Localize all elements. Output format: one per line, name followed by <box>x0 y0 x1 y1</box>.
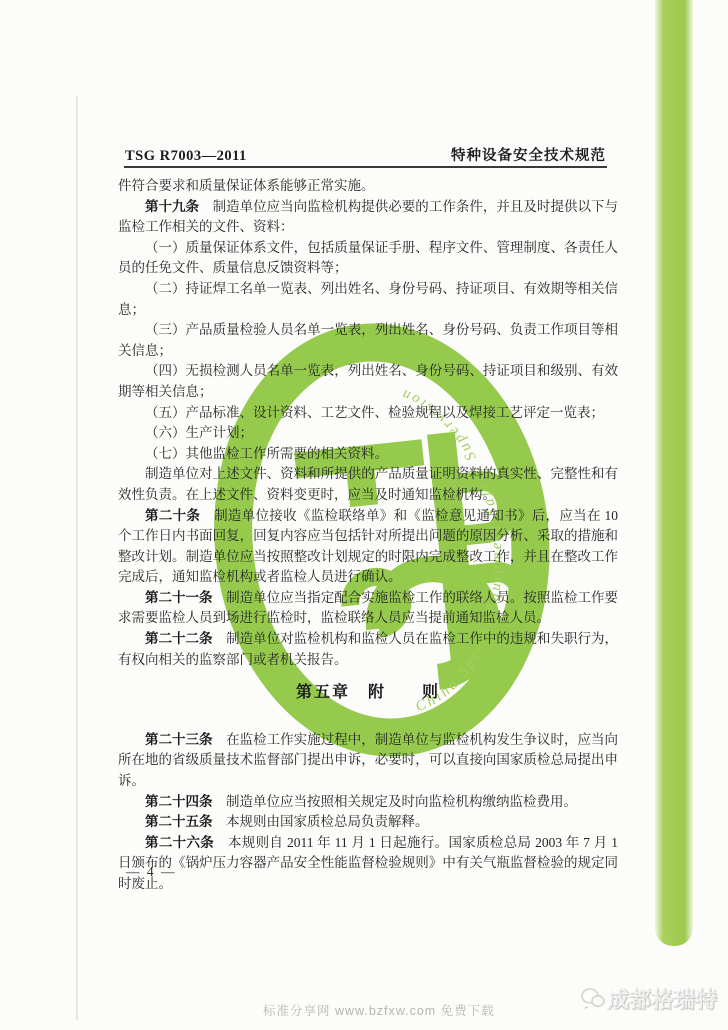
article-number: 第二十二条 <box>145 631 213 646</box>
paragraph-text: （六）生产计划； <box>145 425 253 440</box>
paragraph: （二）持证焊工名单一览表、列出姓名、身份号码、持证项目、有效期等相关信息； <box>118 279 618 320</box>
page-edge-line <box>76 96 78 1020</box>
paragraph: 制造单位对上述文件、资料和所提供的产品质量证明资料的真实性、完整性和有效性负责。… <box>118 464 618 505</box>
article-number: 第二十条 <box>145 508 200 523</box>
article-number: 第十九条 <box>145 199 199 214</box>
paragraph-text: （二）持证焊工名单一览表、列出姓名、身份号码、持证项目、有效期等相关信息； <box>118 281 618 317</box>
paragraph: 第二十四条 制造单位应当按照相关规定及时向监检机构缴纳监检费用。 <box>118 792 618 813</box>
paragraph-text: 本规则由国家质检总局负责解释。 <box>226 814 429 829</box>
paragraph: 第二十一条 制造单位应当指定配合实施监检工作的联络人员。按照监检工作要求需要监检… <box>118 588 618 629</box>
wechat-icon <box>580 986 606 1010</box>
header-rule <box>124 166 607 168</box>
chapter-heading: 第五章 附 则 <box>118 683 618 704</box>
paragraph-text: 制造单位对上述文件、资料和所提供的产品质量证明资料的真实性、完整性和有效性负责。… <box>118 466 618 502</box>
page-number: — 4 — <box>126 864 177 880</box>
document-body: 件符合要求和质量保证体系能够正常实施。第十九条 制造单位应当向监检机构提供必要的… <box>118 176 618 895</box>
paragraph: （六）生产计划； <box>118 423 618 444</box>
article-number: 第二十五条 <box>145 814 213 829</box>
article-number: 第二十四条 <box>145 794 213 809</box>
paragraph-text: （五）产品标准、设计资料、工艺文件、检验规程以及焊接工艺评定一览表； <box>145 405 604 420</box>
paragraph-text: （四）无损检测人员名单一览表，列出姓名、身份号码、持证项目和级别、有效期等相关信… <box>118 363 618 399</box>
paragraph-text: 件符合要求和质量保证体系能够正常实施。 <box>118 178 375 193</box>
paragraph: （五）产品标准、设计资料、工艺文件、检验规程以及焊接工艺评定一览表； <box>118 403 618 424</box>
green-edge-bar <box>655 0 693 946</box>
paragraph-text: （三）产品质量检验人员名单一览表，列出姓名、身份号码、负责工作项目等相关信息； <box>118 322 618 358</box>
article-number: 第二十一条 <box>145 590 213 605</box>
section-articles-23-26: 第二十三条 在监检工作实施过程中，制造单位与监检机构发生争议时，应当向所在地的省… <box>118 730 618 895</box>
section-articles-19-22: 件符合要求和质量保证体系能够正常实施。第十九条 制造单位应当向监检机构提供必要的… <box>118 176 618 670</box>
document-code: TSG R7003—2011 <box>125 148 247 165</box>
paragraph: 第二十三条 在监检工作实施过程中，制造单位与监检机构发生争议时，应当向所在地的省… <box>118 730 618 792</box>
paragraph: （七）其他监检工作所需要的相关资料。 <box>118 444 618 465</box>
paragraph: 第二十六条 本规则自 2011 年 11 月 1 日起施行。国家质检总局 200… <box>118 833 618 895</box>
article-number: 第二十三条 <box>145 732 213 747</box>
paragraph: 第十九条 制造单位应当向监检机构提供必要的工作条件，并且及时提供以下与监检工作相… <box>118 197 618 238</box>
paragraph-text: （一）质量保证体系文件，包括质量保证手册、程序文件、管理制度、各责任人员的任免文… <box>118 240 618 276</box>
paragraph: 第二十条 制造单位接收《监检联络单》和《监检意见通知书》后，应当在 10 个工作… <box>118 506 618 588</box>
page-header: TSG R7003—2011 特种设备安全技术规范 <box>125 144 606 165</box>
share-site-watermark: 标准分享网 www.bzfxw.com 免费下载 <box>263 1001 495 1019</box>
brand-watermark: 成都格瑞特 <box>608 984 718 1014</box>
document-title: 特种设备安全技术规范 <box>451 144 606 165</box>
paragraph: （一）质量保证体系文件，包括质量保证手册、程序文件、管理制度、各责任人员的任免文… <box>118 238 618 279</box>
paragraph: 第二十五条 本规则由国家质检总局负责解释。 <box>118 812 618 833</box>
paragraph: （三）产品质量检验人员名单一览表，列出姓名、身份号码、负责工作项目等相关信息； <box>118 320 618 361</box>
paragraph: 第二十二条 制造单位对监检机构和监检人员在监检工作中的违规和失职行为，有权向相关… <box>118 629 618 670</box>
paragraph: （四）无损检测人员名单一览表，列出姓名、身份号码、持证项目和级别、有效期等相关信… <box>118 361 618 402</box>
scanned-document-page: China Special Equipment Safety Supervisi… <box>0 0 728 1030</box>
article-number: 第二十六条 <box>145 835 214 850</box>
paragraph: 件符合要求和质量保证体系能够正常实施。 <box>118 176 618 197</box>
paragraph-text: 制造单位应当按照相关规定及时向监检机构缴纳监检费用。 <box>226 794 577 809</box>
paragraph-text: （七）其他监检工作所需要的相关资料。 <box>145 446 388 461</box>
